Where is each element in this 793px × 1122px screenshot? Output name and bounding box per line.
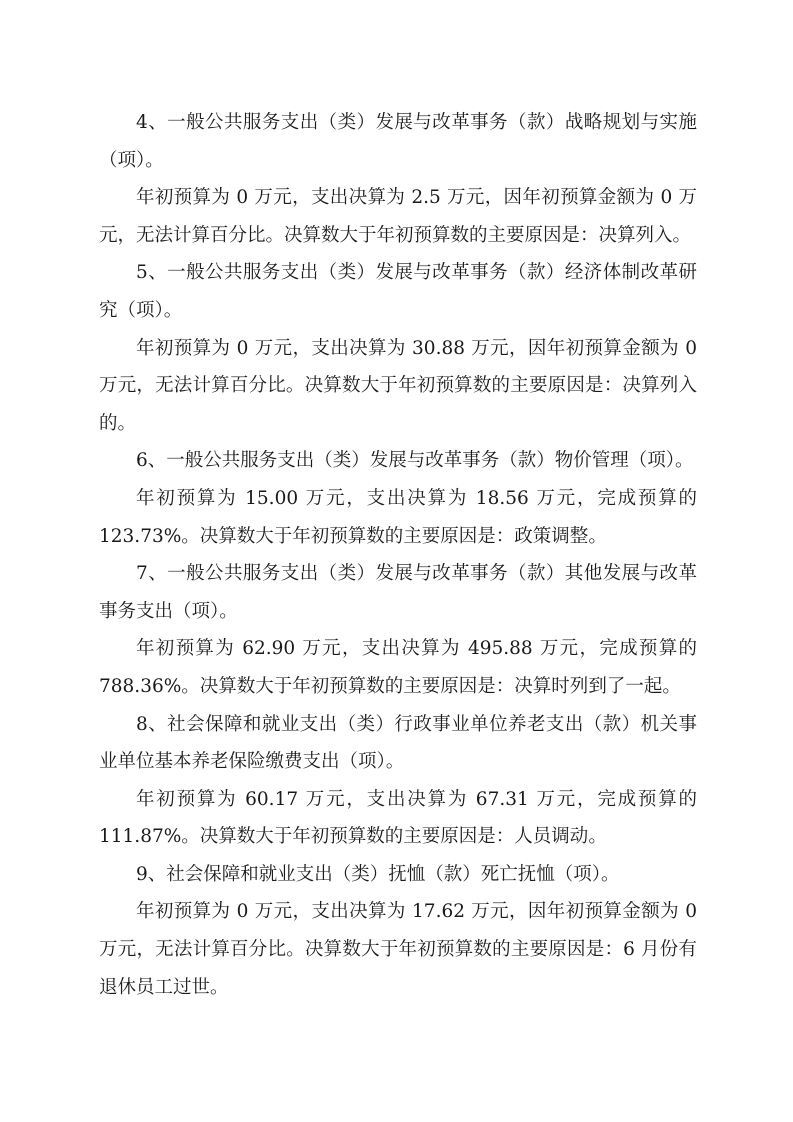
item-7-heading: 7、一般公共服务支出（类）发展与改革事务（款）其他发展与改革事务支出（项）。: [99, 555, 697, 630]
item-4-heading: 4、一般公共服务支出（类）发展与改革事务（款）战略规划与实施（项）。: [99, 104, 697, 179]
item-8-body: 年初预算为 60.17 万元，支出决算为 67.31 万元，完成预算的 111.…: [99, 781, 697, 856]
item-5-body: 年初预算为 0 万元，支出决算为 30.88 万元，因年初预算金额为 0 万元，…: [99, 330, 697, 443]
item-9-heading: 9、社会保障和就业支出（类）抚恤（款）死亡抚恤（项）。: [99, 856, 697, 894]
item-7-body: 年初预算为 62.90 万元，支出决算为 495.88 万元，完成预算的 788…: [99, 630, 697, 705]
item-5-heading: 5、一般公共服务支出（类）发展与改革事务（款）经济体制改革研究（项）。: [99, 254, 697, 329]
item-6-body: 年初预算为 15.00 万元，支出决算为 18.56 万元，完成预算的 123.…: [99, 480, 697, 555]
item-8-heading: 8、社会保障和就业支出（类）行政事业单位养老支出（款）机关事业单位基本养老保险缴…: [99, 706, 697, 781]
item-9-body: 年初预算为 0 万元，支出决算为 17.62 万元，因年初预算金额为 0 万元，…: [99, 893, 697, 1006]
item-4-body: 年初预算为 0 万元，支出决算为 2.5 万元，因年初预算金额为 0 万元，无法…: [99, 179, 697, 254]
document-page: 4、一般公共服务支出（类）发展与改革事务（款）战略规划与实施（项）。 年初预算为…: [99, 104, 697, 1006]
item-6-heading: 6、一般公共服务支出（类）发展与改革事务（款）物价管理（项）。: [99, 442, 697, 480]
